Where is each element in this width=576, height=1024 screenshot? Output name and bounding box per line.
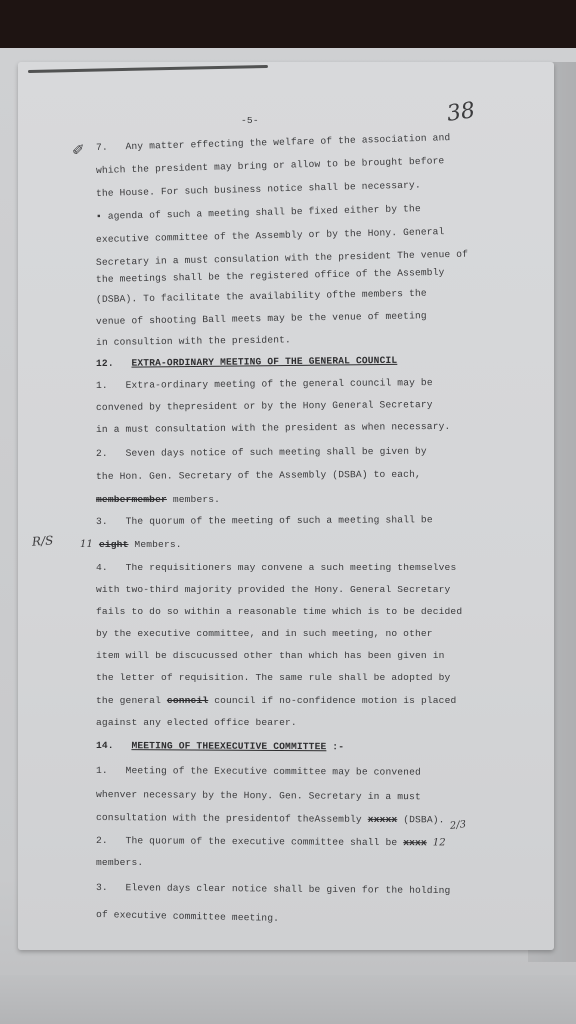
section-14-heading: 14. MEETING OF THEEXECUTIVE COMMITTEE :-: [96, 740, 344, 752]
section-12-item-4-line-3: fails to do so within a reasonable time …: [96, 606, 462, 617]
section-12-item-3-line-1: 3. The quorum of the meeting of such a m…: [96, 514, 433, 527]
handwritten-page-mark: 38: [445, 98, 476, 127]
section-14-item-2-line-2: members.: [96, 857, 143, 868]
desk-lower-shadow: [0, 975, 576, 1024]
struck-text: eight: [99, 539, 129, 550]
section-12-item-3-line-2: 11 eight Members.: [80, 539, 182, 550]
page-number: -5-: [241, 115, 259, 126]
section-12-item-4-line-7: the general conncil council if no-confid…: [96, 695, 456, 706]
section-12-item-4-line-6: the letter of requisition. The same rule…: [96, 672, 450, 683]
struck-text: membermember: [96, 494, 167, 505]
section-12-item-2-line-1: 2. Seven days notice of such meeting sha…: [96, 446, 427, 459]
handwritten-initials-right: 2/3: [449, 819, 466, 832]
handwritten-number: 12: [433, 837, 446, 848]
section-12-item-4-line-1: 4. The requisitioners may convene a such…: [96, 562, 456, 573]
struck-text: xxxxx: [368, 814, 398, 825]
section-12-item-4-line-4: by the executive committee, and in such …: [96, 628, 433, 639]
struck-text: xxxx: [403, 837, 427, 848]
struck-text: conncil: [167, 695, 208, 706]
section-12-item-4-line-5: item will be discucussed other than whic…: [96, 650, 445, 661]
handwritten-initials-left: R/S: [32, 533, 54, 548]
section-12-item-2-line-2: the Hon. Gen. Secretary of the Assembly …: [96, 469, 421, 482]
section-12-item-4-line-8: against any elected office bearer.: [96, 717, 297, 728]
section-14-item-1-line-2: whenver necessary by the Hony. Gen. Secr…: [96, 789, 421, 802]
section-12-item-2-line-3: membermember members.: [96, 494, 220, 505]
margin-pen-mark-icon: ✐: [72, 141, 85, 159]
section-12-item-4-line-2: with two-third majority provided the Hon…: [96, 584, 450, 595]
section-14-item-1-line-1: 1. Meeting of the Executive committee ma…: [96, 765, 421, 778]
